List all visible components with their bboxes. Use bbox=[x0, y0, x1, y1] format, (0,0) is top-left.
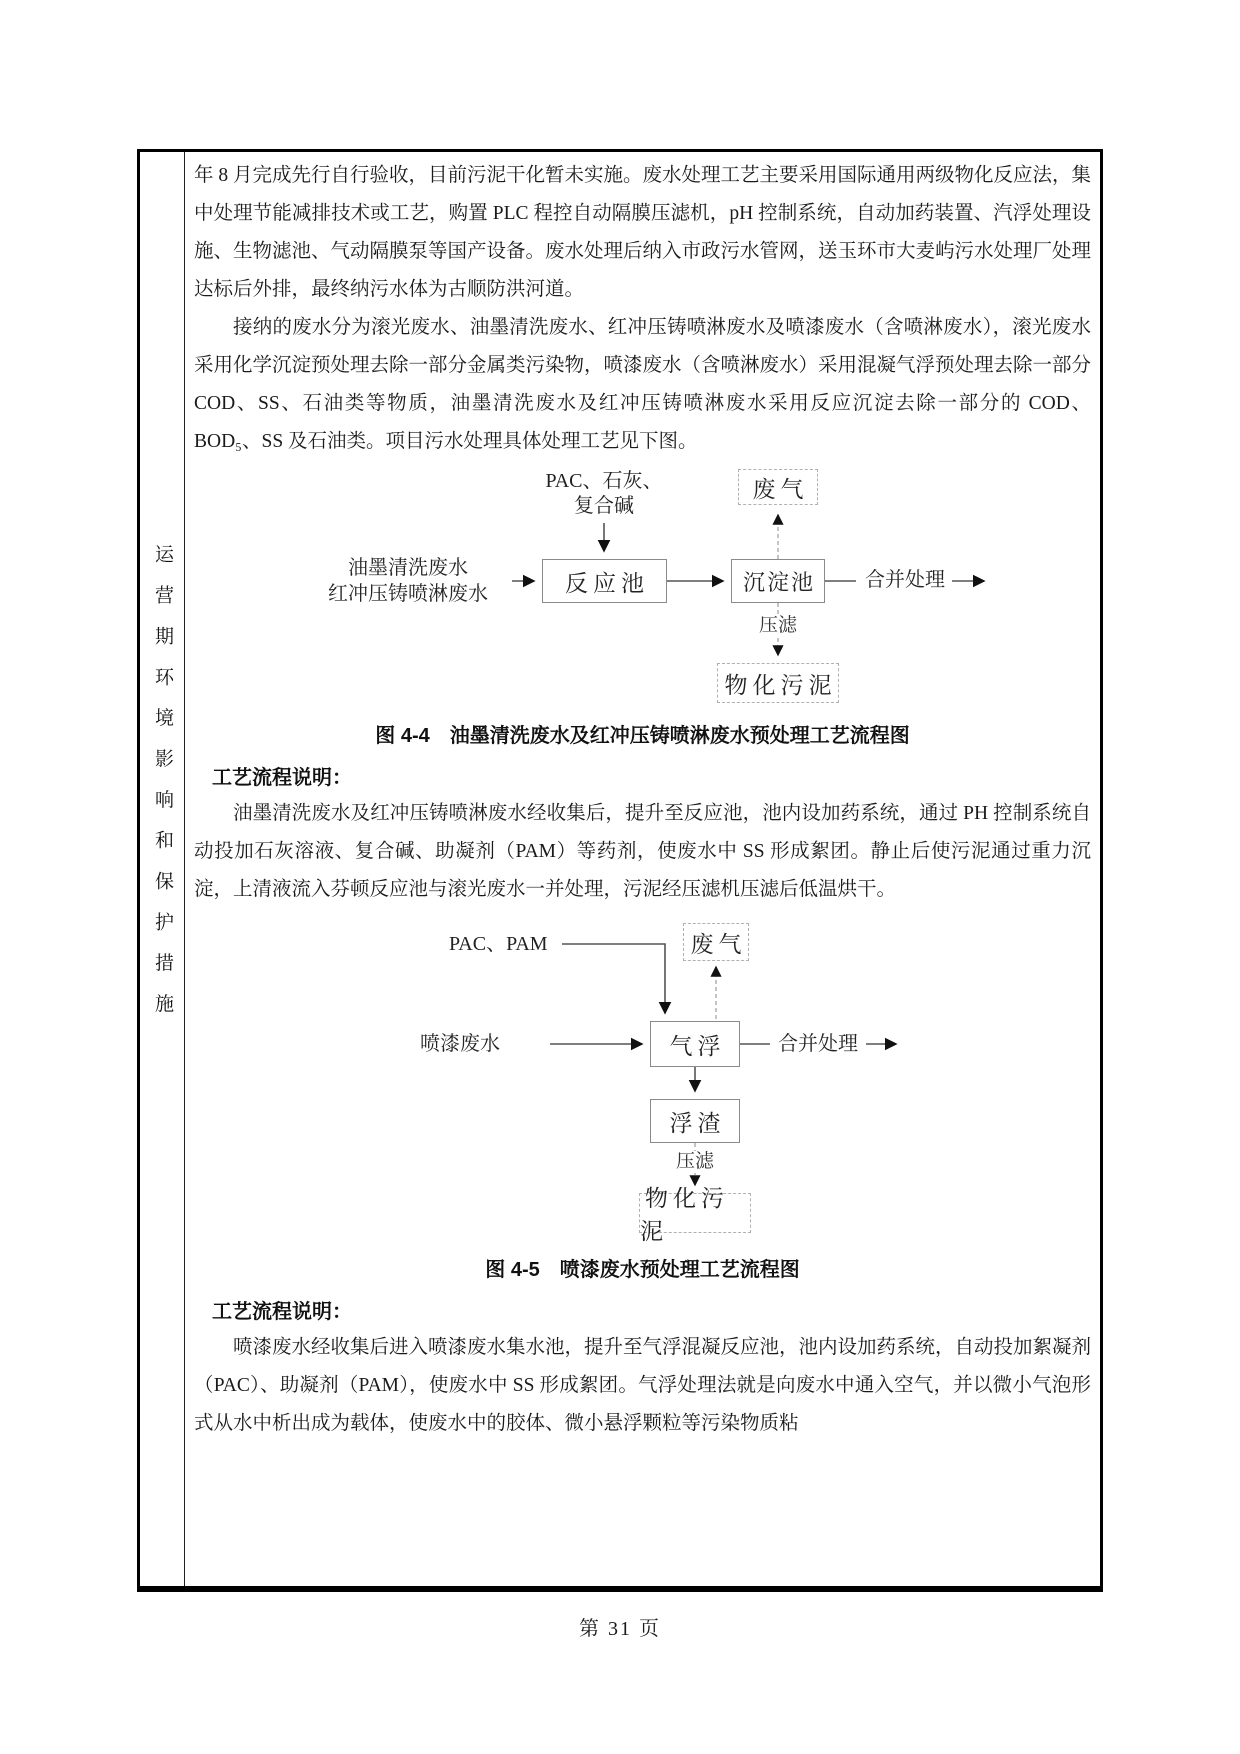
fig44-node-offgas: 废气 bbox=[738, 469, 818, 505]
fig45-dosing-label: PAC、PAM bbox=[449, 932, 548, 957]
fig45-node-sludge: 物化污泥 bbox=[639, 1193, 751, 1233]
arrow-dosing-to-flotation bbox=[562, 944, 665, 1013]
fig44-dosing-label: PAC、石灰、 复合碱 bbox=[504, 469, 704, 519]
fig44-press-filter-label: 压滤 bbox=[750, 615, 806, 637]
paragraph-4: 喷漆废水经收集后进入喷漆废水集水池，提升至气浮混凝反应池，池内设加药系统，自动投… bbox=[194, 1329, 1091, 1443]
fig44-combined-treatment-label: 合并处理 bbox=[859, 568, 951, 593]
paragraph-2: 接纳的废水分为滚光废水、油墨清洗废水、红冲压铸喷淋废水及喷漆废水（含喷淋废水），… bbox=[194, 309, 1091, 461]
paragraph-1: 年 8 月完成先行自行验收，目前污泥干化暂未实施。废水处理工艺主要采用国际通用两… bbox=[194, 157, 1091, 309]
fig44-node-sludge: 物化污泥 bbox=[717, 663, 839, 703]
fig45-node-scum: 浮渣 bbox=[650, 1099, 740, 1143]
fig45-node-flotation-tank: 气浮 bbox=[650, 1021, 740, 1067]
fig44-node-reaction-tank: 反应池 bbox=[542, 559, 667, 603]
figure-4-4-caption: 图 4-4 油墨清洗废水及红冲压铸喷淋废水预处理工艺流程图 bbox=[194, 719, 1091, 753]
fig45-combined-treatment-label: 合并处理 bbox=[772, 1032, 864, 1057]
footer-page-number: 第 31 页 bbox=[0, 1612, 1240, 1641]
content-column: 年 8 月完成先行自行验收，目前污泥干化暂未实施。废水处理工艺主要采用国际通用两… bbox=[185, 152, 1100, 1586]
document-table: 运营期环境影响和保护措施 年 8 月完成先行自行验收，目前污泥干化暂未实施。废水… bbox=[137, 149, 1103, 1592]
process-note-heading-1: 工艺流程说明： bbox=[194, 761, 1091, 795]
fig45-influent-label: 喷漆废水 bbox=[420, 1032, 500, 1057]
sidebar-column: 运营期环境影响和保护措施 bbox=[140, 152, 185, 1586]
fig44-influent-label: 油墨清洗废水 红冲压铸喷淋废水 bbox=[309, 555, 507, 607]
process-note-heading-2: 工艺流程说明： bbox=[194, 1295, 1091, 1329]
paragraph-3: 油墨清洗废水及红冲压铸喷淋废水经收集后，提升至反应池，池内设加药系统，通过 PH… bbox=[194, 795, 1091, 909]
figure-4-4-diagram: PAC、石灰、 复合碱 废气 油墨清洗废水 红冲压铸喷淋废水 反应池 沉淀池 合… bbox=[194, 469, 1091, 709]
fig45-node-offgas: 废气 bbox=[683, 923, 749, 961]
sidebar-vertical-label: 运营期环境影响和保护措施 bbox=[140, 544, 184, 1034]
figure-4-5-caption: 图 4-5 喷漆废水预处理工艺流程图 bbox=[194, 1253, 1091, 1287]
figure-4-5-diagram: PAC、PAM 废气 喷漆废水 气浮 合并处理 浮渣 压滤 物化污泥 bbox=[194, 923, 1091, 1243]
fig44-node-sedimentation-tank: 沉淀池 bbox=[731, 559, 825, 603]
page: { "doc": { "sidebar_label": "运营期环境影响和保护措… bbox=[0, 0, 1240, 1754]
fig45-press-filter-label: 压滤 bbox=[667, 1151, 723, 1173]
